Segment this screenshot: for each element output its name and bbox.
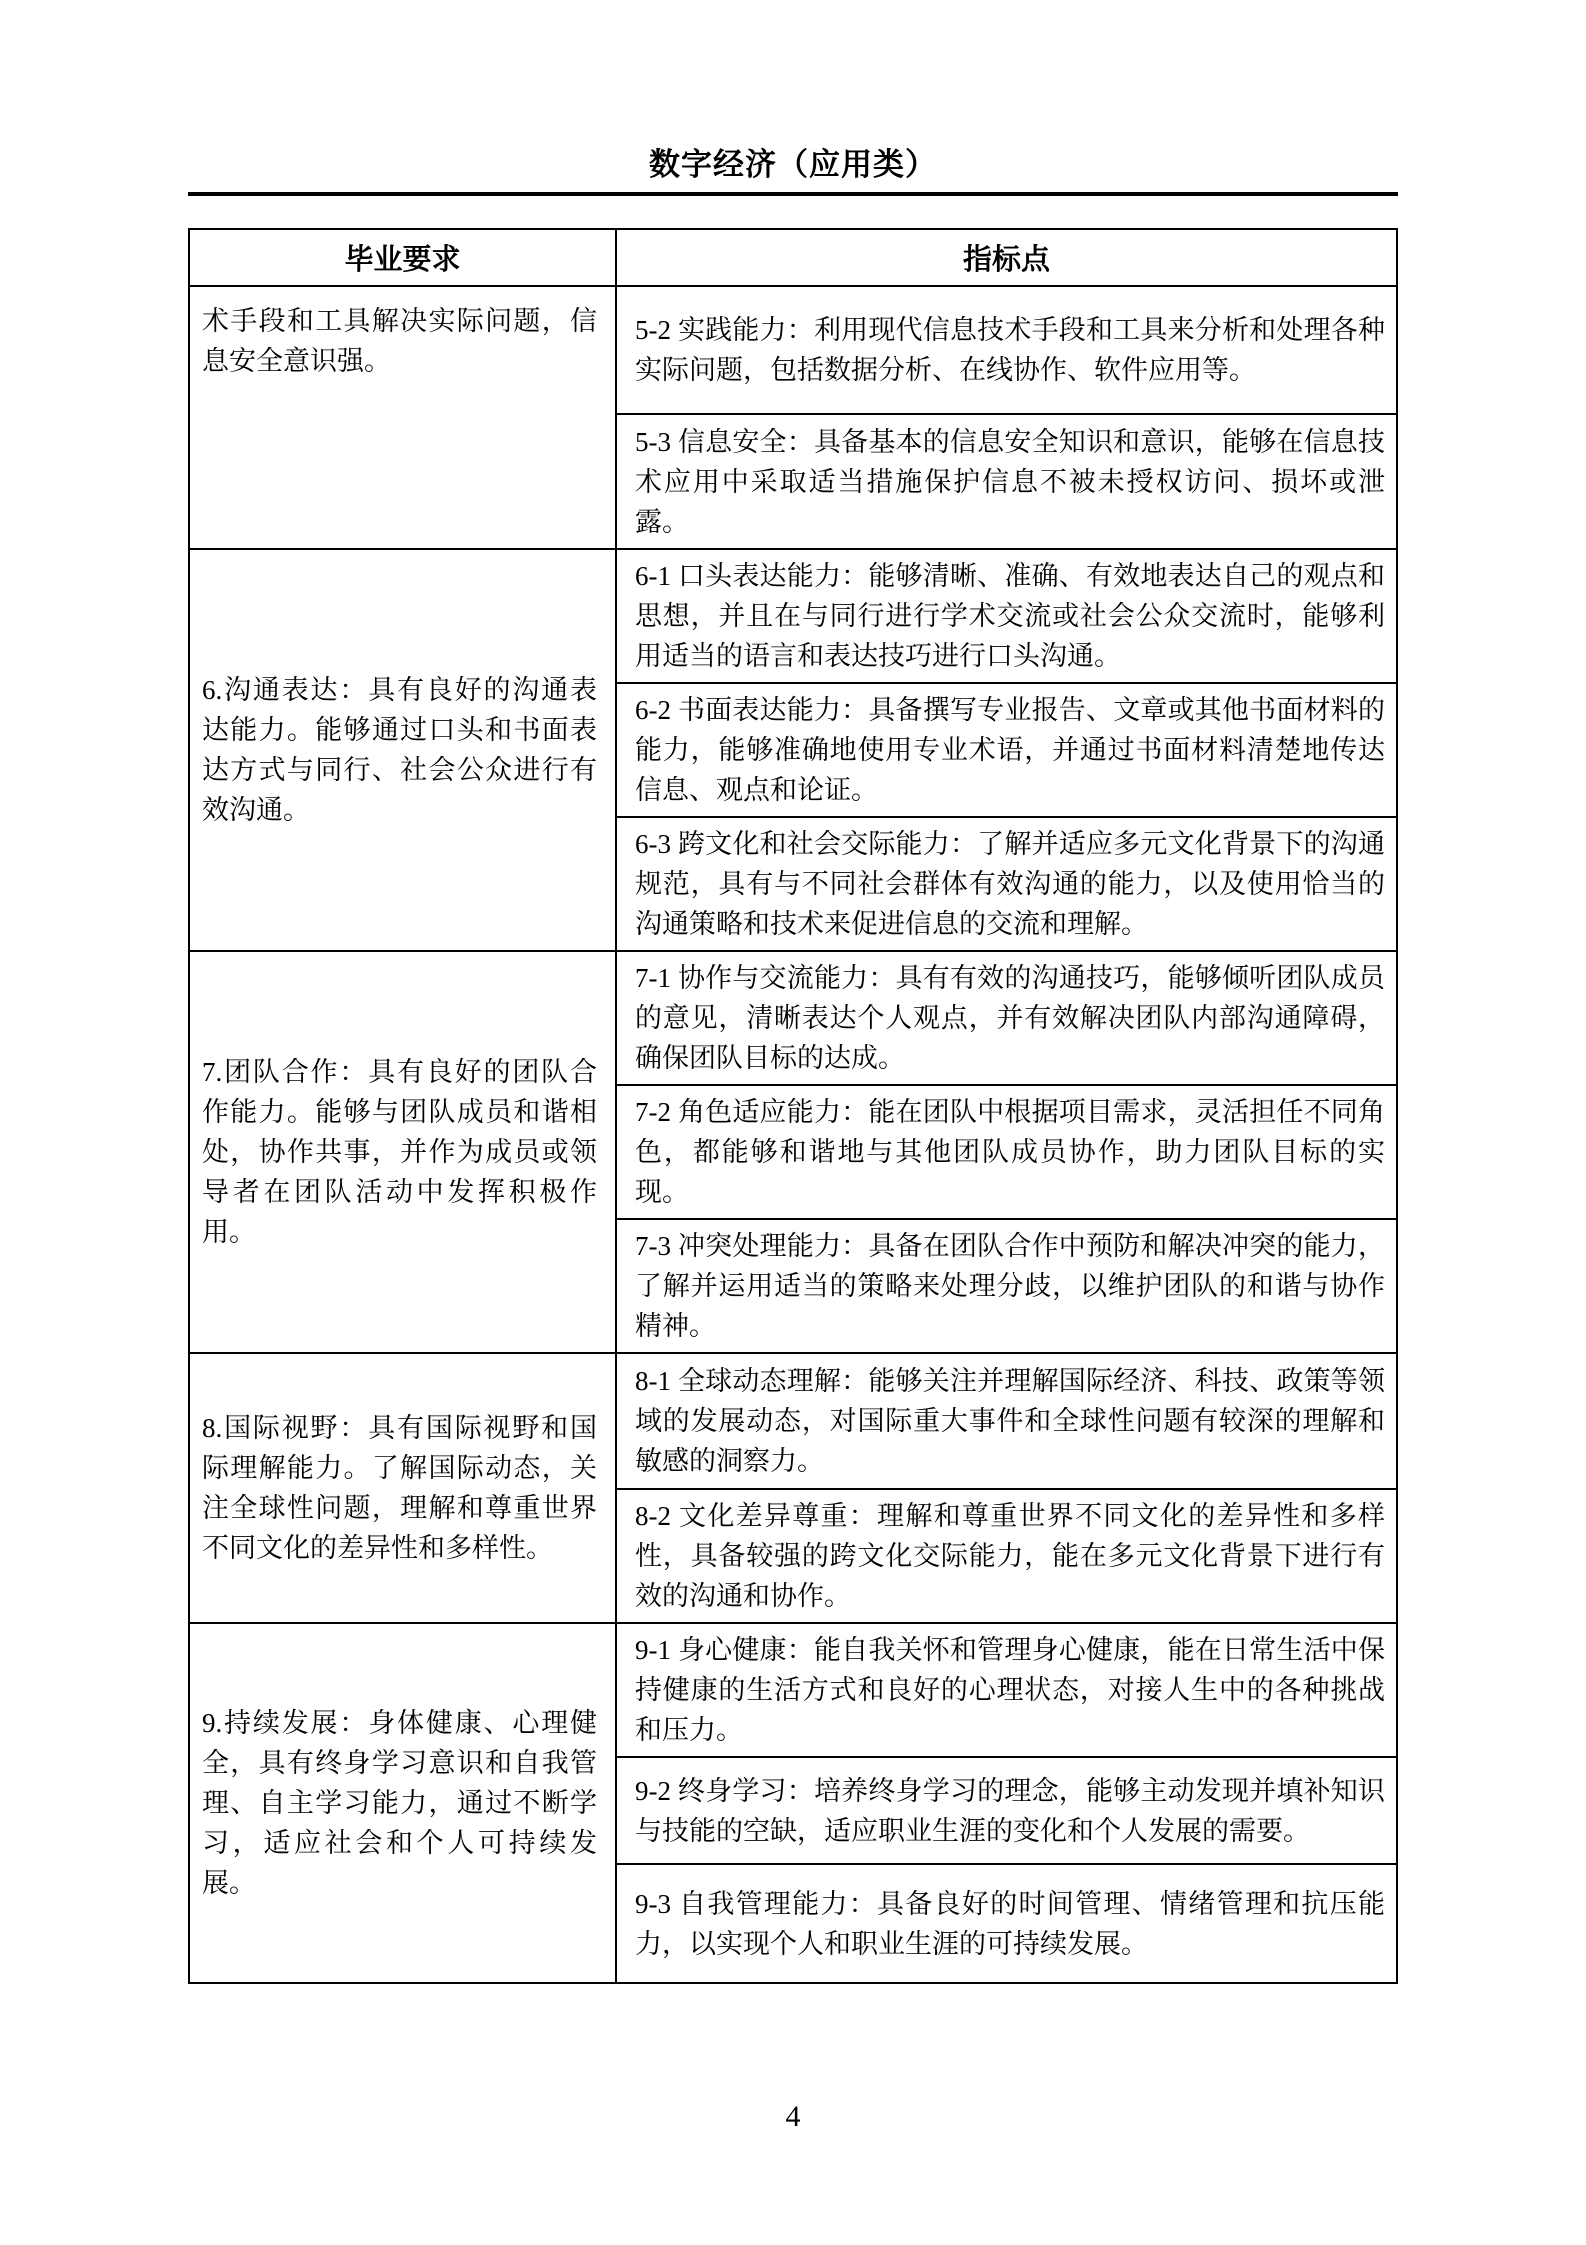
table-row: 8.国际视野：具有国际视野和国际理解能力。了解国际动态，关注全球性问题，理解和尊… <box>189 1353 1397 1489</box>
indicator-cell-5-2: 5-2 实践能力：利用现代信息技术手段和工具来分析和处理各种实际问题，包括数据分… <box>616 286 1397 414</box>
requirement-cell-6: 6.沟通表达：具有良好的沟通表达能力。能够通过口头和书面表达方式与同行、社会公众… <box>189 549 616 951</box>
indicator-cell-6-2: 6-2 书面表达能力：具备撰写专业报告、文章或其他书面材料的能力，能够准确地使用… <box>616 683 1397 817</box>
requirement-cell-7: 7.团队合作：具有良好的团队合作能力。能够与团队成员和谐相处，协作共事，并作为成… <box>189 951 616 1353</box>
page-title: 数字经济（应用类） <box>0 0 1586 184</box>
table-row: 7.团队合作：具有良好的团队合作能力。能够与团队成员和谐相处，协作共事，并作为成… <box>189 951 1397 1085</box>
table-row: 6.沟通表达：具有良好的沟通表达能力。能够通过口头和书面表达方式与同行、社会公众… <box>189 549 1397 683</box>
indicator-cell-9-3: 9-3 自我管理能力：具备良好的时间管理、情绪管理和抗压能力，以实现个人和职业生… <box>616 1864 1397 1983</box>
indicator-cell-5-3: 5-3 信息安全：具备基本的信息安全知识和意识，能够在信息技术应用中采取适当措施… <box>616 414 1397 549</box>
indicator-cell-6-1: 6-1 口头表达能力：能够清晰、准确、有效地表达自己的观点和思想，并且在与同行进… <box>616 549 1397 683</box>
indicator-cell-9-1: 9-1 身心健康：能自我关怀和管理身心健康，能在日常生活中保持健康的生活方式和良… <box>616 1623 1397 1757</box>
indicator-cell-8-2: 8-2 文化差异尊重：理解和尊重世界不同文化的差异性和多样性，具备较强的跨文化交… <box>616 1489 1397 1623</box>
indicator-cell-7-1: 7-1 协作与交流能力：具有有效的沟通技巧，能够倾听团队成员的意见，清晰表达个人… <box>616 951 1397 1085</box>
document-page: 数字经济（应用类） 毕业要求 指标点 术手段和工具解决实际问题，信息安全意识强。… <box>0 0 1586 2245</box>
requirements-table: 毕业要求 指标点 术手段和工具解决实际问题，信息安全意识强。 5-2 实践能力：… <box>188 228 1398 1984</box>
table-header-row: 毕业要求 指标点 <box>189 229 1397 286</box>
indicator-cell-7-3: 7-3 冲突处理能力：具备在团队合作中预防和解决冲突的能力，了解并运用适当的策略… <box>616 1219 1397 1353</box>
table-row: 术手段和工具解决实际问题，信息安全意识强。 5-2 实践能力：利用现代信息技术手… <box>189 286 1397 414</box>
indicator-cell-9-2: 9-2 终身学习：培养终身学习的理念，能够主动发现并填补知识与技能的空缺，适应职… <box>616 1757 1397 1864</box>
title-divider <box>188 192 1398 196</box>
page-number: 4 <box>0 2099 1586 2135</box>
table-row: 9.持续发展：身体健康、心理健全，具有终身学习意识和自我管理、自主学习能力，通过… <box>189 1623 1397 1757</box>
requirement-cell-5: 术手段和工具解决实际问题，信息安全意识强。 <box>189 286 616 549</box>
indicator-cell-7-2: 7-2 角色适应能力：能在团队中根据项目需求，灵活担任不同角色，都能够和谐地与其… <box>616 1085 1397 1219</box>
indicator-cell-8-1: 8-1 全球动态理解：能够关注并理解国际经济、科技、政策等领域的发展动态，对国际… <box>616 1353 1397 1489</box>
column-header-indicators: 指标点 <box>616 229 1397 286</box>
requirement-cell-8: 8.国际视野：具有国际视野和国际理解能力。了解国际动态，关注全球性问题，理解和尊… <box>189 1353 616 1623</box>
requirement-cell-9: 9.持续发展：身体健康、心理健全，具有终身学习意识和自我管理、自主学习能力，通过… <box>189 1623 616 1983</box>
indicator-cell-6-3: 6-3 跨文化和社会交际能力：了解并适应多元文化背景下的沟通规范，具有与不同社会… <box>616 817 1397 951</box>
column-header-requirements: 毕业要求 <box>189 229 616 286</box>
